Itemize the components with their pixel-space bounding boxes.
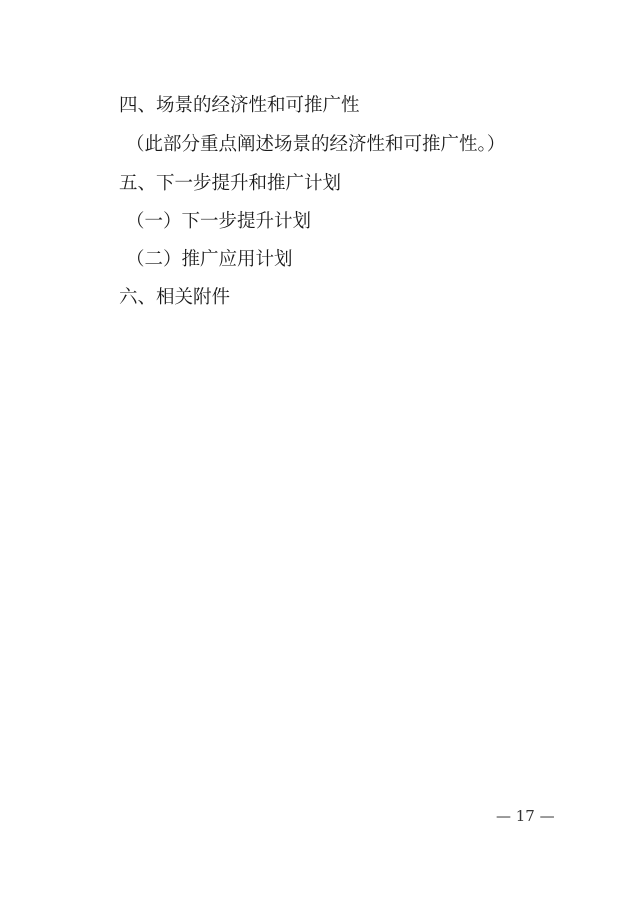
document-page: 四、场景的经济性和可推广性 （此部分重点阐述场景的经济性和可推广性。） 五、下一… <box>0 0 636 900</box>
section-heading-next-steps: 五、下一步提升和推广计划 <box>119 172 341 196</box>
section-note-economics: （此部分重点阐述场景的经济性和可推广性。） <box>126 133 505 157</box>
section-heading-economics: 四、场景的经济性和可推广性 <box>119 94 360 118</box>
page-number: — 17 — <box>496 806 555 826</box>
section-heading-attachments: 六、相关附件 <box>119 286 230 310</box>
subsection-improvement-plan: （一）下一步提升计划 <box>126 210 311 234</box>
subsection-promotion-plan: （二）推广应用计划 <box>126 248 293 272</box>
